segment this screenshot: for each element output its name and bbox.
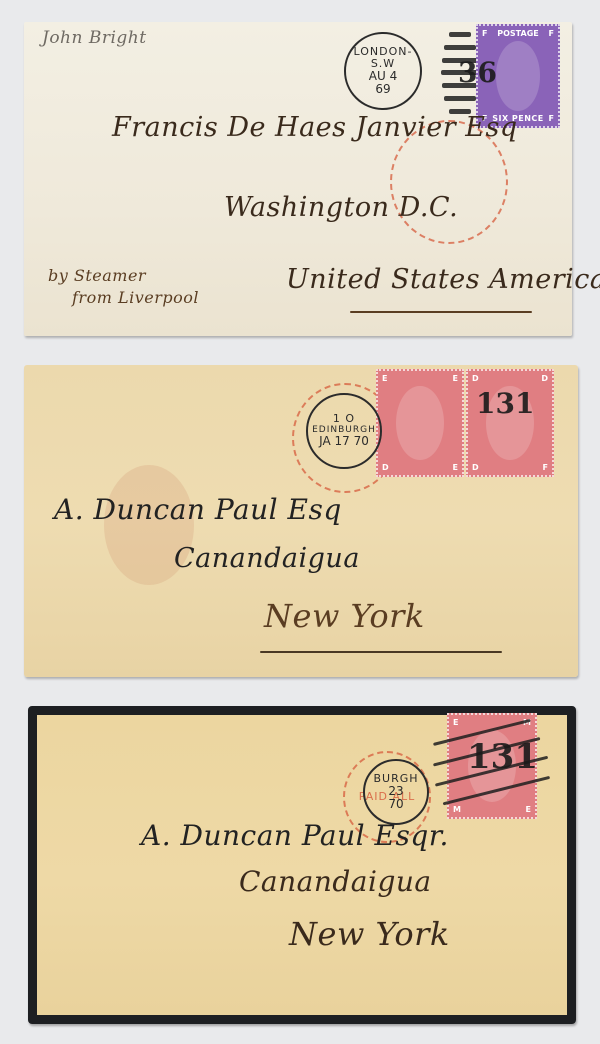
killer-number: 131 xyxy=(467,737,538,777)
edinburgh-postmark: 1 O EDINBURGH JA 17 70 xyxy=(306,393,382,469)
address-line-2: Washington D.C. xyxy=(224,192,458,223)
routing-note-line-2: from Liverpool xyxy=(72,288,199,307)
killer-number: 36 xyxy=(458,56,497,89)
address-line-1: A. Duncan Paul Esqr. xyxy=(141,819,449,852)
postmark-date: JA 17 70 xyxy=(319,435,369,448)
queen-portrait-icon xyxy=(396,386,443,460)
address-underline xyxy=(350,311,532,313)
queen-portrait-icon xyxy=(496,41,541,111)
address-line-2: Canandaigua xyxy=(174,543,360,574)
address-line-3: United States America xyxy=(286,264,600,295)
address-line-3: New York xyxy=(289,915,450,953)
edinburgh-postmark: BURGH 23 70 xyxy=(363,759,429,825)
envelope-john-bright: John Bright LONDON-S.W AU 4 69 FPOSTAGEF… xyxy=(24,22,572,336)
address-line-1: A. Duncan Paul Esq xyxy=(54,493,342,526)
address-underline xyxy=(260,651,502,653)
address-line-2: Canandaigua xyxy=(239,865,432,898)
envelope-mourning-border: PAID ALL BURGH 23 70 EM ME 131 A. Duncan… xyxy=(28,706,576,1024)
envelope-edinburgh-1870: EE DE DD DF 131 1 O EDINBURGH JA 17 70 A… xyxy=(24,365,578,677)
killer-number: 131 xyxy=(476,387,534,420)
pencil-note: John Bright xyxy=(42,28,147,48)
routing-note-line-1: by Steamer xyxy=(48,266,146,285)
penny-stamp-right: DD DF xyxy=(466,369,554,477)
address-line-1: Francis De Haes Janvier Esq xyxy=(112,112,518,143)
address-line-3: New York xyxy=(264,597,425,635)
penny-stamp-left: EE DE xyxy=(376,369,464,477)
london-postmark: LONDON-S.W AU 4 69 xyxy=(344,32,422,110)
